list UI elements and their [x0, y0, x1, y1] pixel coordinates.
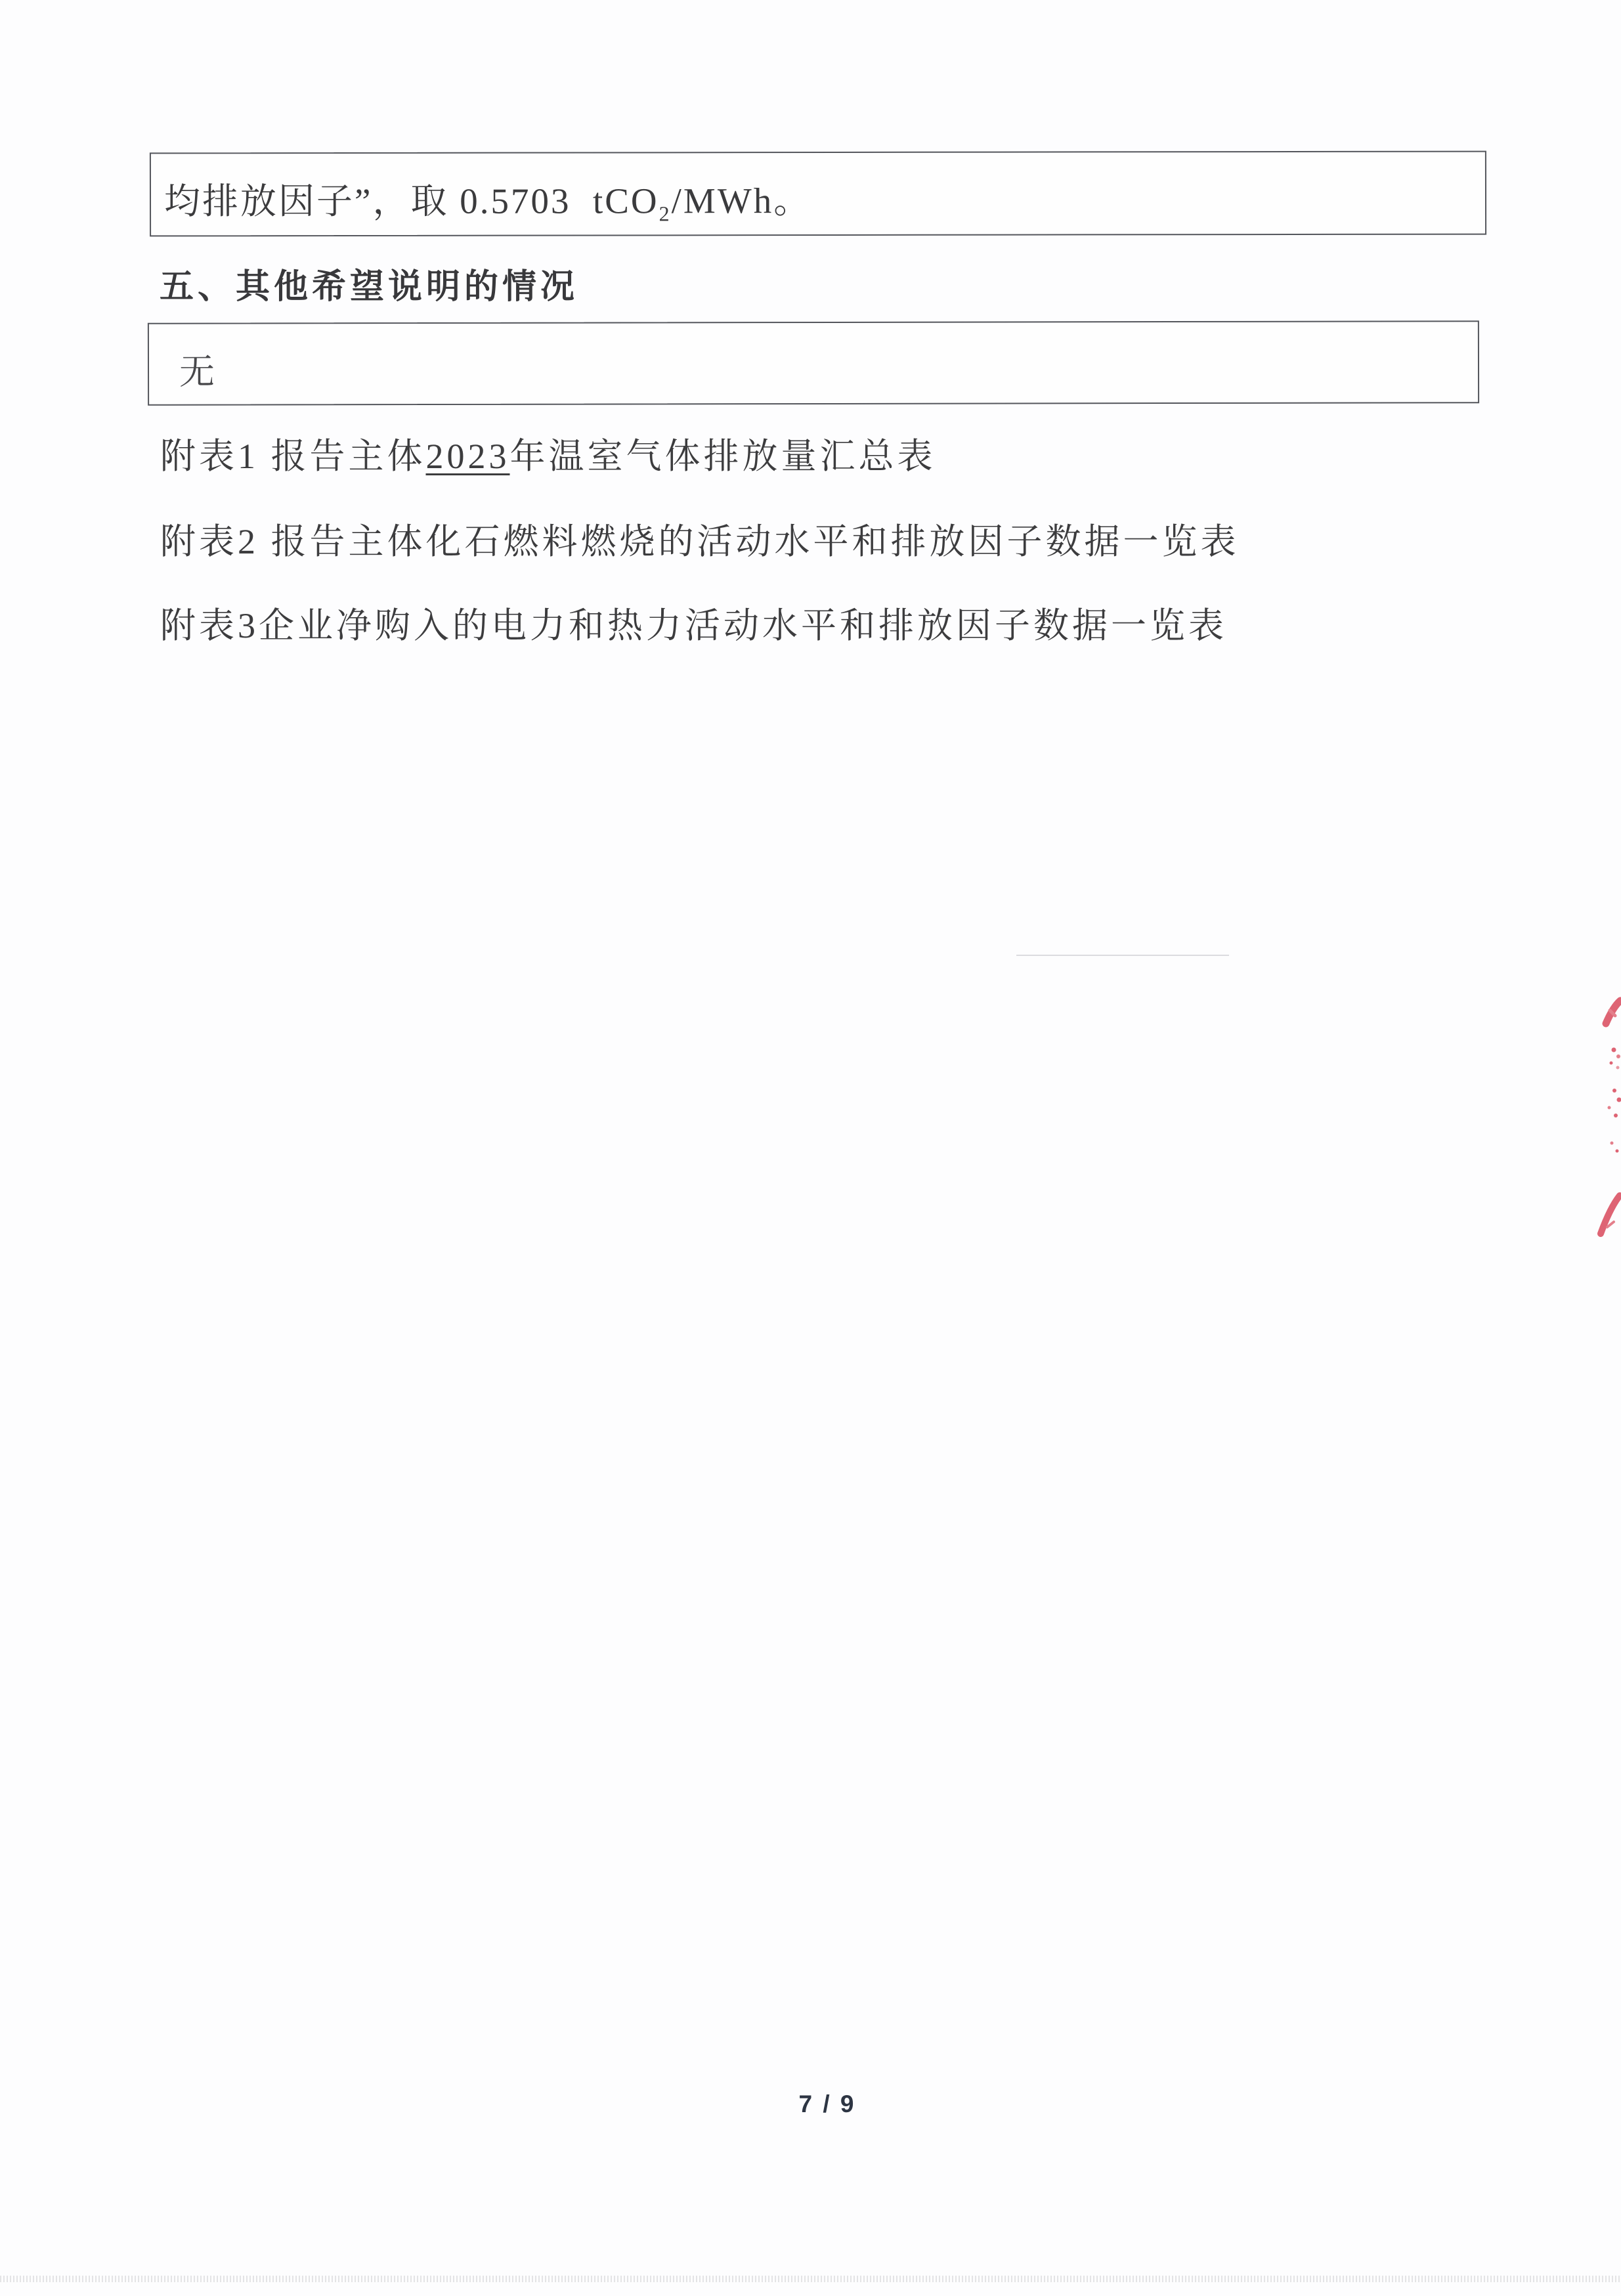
- emission-factor-value-box: 均排放因子”，取 0.5703 tCO2/MWh。: [150, 151, 1486, 237]
- appendix-line-3: 附表3企业净购入的电力和热力活动水平和排放因子数据一览表: [160, 597, 1227, 648]
- appendix-line-1-suffix: 年温室气体排放量汇总表: [510, 437, 936, 476]
- scanned-document-page: 均排放因子”，取 0.5703 tCO2/MWh。 五、其他希望说明的情况 无 …: [0, 0, 1621, 2296]
- section-heading-other-remarks: 五、其他希望说明的情况: [160, 259, 578, 308]
- appendix-line-1-year-underlined: 2023: [426, 437, 510, 476]
- co2-subscript: 2: [659, 202, 672, 225]
- red-ink-marks: [1581, 982, 1621, 1241]
- appendix-line-2: 附表2 报告主体化石燃料燃烧的活动水平和排放因子数据一览表: [160, 513, 1240, 564]
- emission-factor-text: 均排放因子”，取 0.5703 tCO2/MWh。: [164, 171, 811, 224]
- scan-artifact-line: [1016, 955, 1229, 956]
- emission-factor-text-suffix: /MWh。: [672, 181, 812, 221]
- page-number: 7 / 9: [742, 2090, 913, 2118]
- other-remarks-box: 无: [148, 320, 1479, 406]
- emission-factor-text-prefix: 均排放因子”，取 0.5703 tCO: [164, 181, 659, 221]
- other-remarks-text: 无: [179, 343, 216, 394]
- scanner-edge-strip: [0, 2276, 1621, 2282]
- appendix-line-1-prefix: 附表1 报告主体: [160, 437, 426, 476]
- appendix-line-1: 附表1 报告主体2023年温室气体排放量汇总表: [160, 428, 936, 479]
